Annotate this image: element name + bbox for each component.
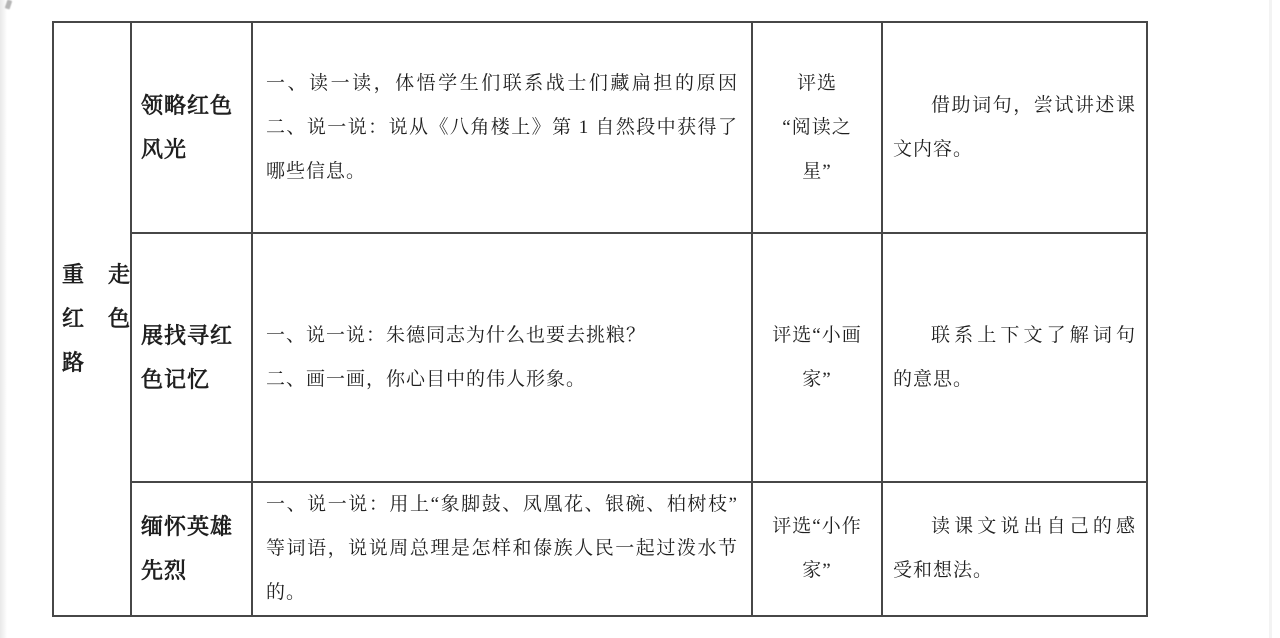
award-line: 星” — [757, 150, 877, 194]
award-cell: 评选“小作 家” — [752, 482, 882, 616]
unit-title-cell: 重 走 红 色 路 — [53, 22, 131, 616]
activity-cell: 一、说一说：朱德同志为什么也要去挑粮？ 二、画一画，你心目中的伟人形象。 — [252, 233, 752, 482]
stage-line: 展找寻红 — [141, 314, 251, 358]
activity-line: 哪些信息。 — [266, 150, 738, 194]
activity-cell: 一、读一读，体悟学生们联系战士们藏扁担的原因 二、说一说：说从《八角楼上》第 1… — [252, 22, 752, 233]
stage-cell: 缅怀英雄 先烈 — [131, 482, 252, 616]
scan-edge-left — [0, 0, 7, 638]
goal-line: 读课文说出自己的感 — [893, 505, 1136, 549]
goal-line: 的意思。 — [893, 358, 1136, 402]
stage-line: 色记忆 — [141, 358, 251, 402]
unit-title-line: 红 色 — [62, 297, 130, 341]
goal-line: 文内容。 — [893, 128, 1136, 172]
activity-line: 等词语，说说周总理是怎样和傣族人民一起过泼水节 — [266, 527, 738, 571]
activity-line: 二、画一画，你心目中的伟人形象。 — [266, 358, 738, 402]
stage-line: 缅怀英雄 — [141, 505, 251, 549]
award-line: 家” — [757, 549, 877, 593]
award-line: 家” — [757, 358, 877, 402]
table-row: 重 走 红 色 路 领略红色 风光 一、读一读，体悟学生们联系战士们藏扁担的原因… — [53, 22, 1147, 233]
unit-title-line: 重 走 — [62, 253, 130, 297]
table-row: 缅怀英雄 先烈 一、说一说：用上“象脚鼓、凤凰花、银碗、柏树枝” 等词语，说说周… — [53, 482, 1147, 616]
lesson-unit-table: 重 走 红 色 路 领略红色 风光 一、读一读，体悟学生们联系战士们藏扁担的原因… — [52, 21, 1148, 617]
award-line: 评选“小作 — [757, 505, 877, 549]
activity-cell: 一、说一说：用上“象脚鼓、凤凰花、银碗、柏树枝” 等词语，说说周总理是怎样和傣族… — [252, 482, 752, 616]
activity-line: 一、说一说：用上“象脚鼓、凤凰花、银碗、柏树枝” — [266, 483, 738, 527]
goal-line: 联系上下文了解词句 — [893, 314, 1136, 358]
activity-line: 一、说一说：朱德同志为什么也要去挑粮？ — [266, 314, 738, 358]
award-cell: 评选 “阅读之 星” — [752, 22, 882, 233]
stage-line: 风光 — [141, 128, 251, 172]
activity-line: 一、读一读，体悟学生们联系战士们藏扁担的原因 — [266, 62, 738, 106]
award-cell: 评选“小画 家” — [752, 233, 882, 482]
goal-cell: 借助词句，尝试讲述课 文内容。 — [882, 22, 1147, 233]
award-line: 评选“小画 — [757, 314, 877, 358]
award-line: “阅读之 — [757, 106, 877, 150]
activity-line: 二、说一说：说从《八角楼上》第 1 自然段中获得了 — [266, 106, 738, 150]
goal-line: 借助词句，尝试讲述课 — [893, 84, 1136, 128]
table-row: 展找寻红 色记忆 一、说一说：朱德同志为什么也要去挑粮？ 二、画一画，你心目中的… — [53, 233, 1147, 482]
goal-cell: 读课文说出自己的感 受和想法。 — [882, 482, 1147, 616]
stage-cell: 领略红色 风光 — [131, 22, 252, 233]
goal-cell: 联系上下文了解词句 的意思。 — [882, 233, 1147, 482]
scan-edge-right — [1269, 0, 1272, 638]
award-line: 评选 — [757, 62, 877, 106]
scan-smudge — [5, 0, 13, 10]
document-page: 重 走 红 色 路 领略红色 风光 一、读一读，体悟学生们联系战士们藏扁担的原因… — [0, 0, 1280, 638]
activity-line: 的。 — [266, 571, 738, 615]
stage-line: 先烈 — [141, 549, 251, 593]
stage-cell: 展找寻红 色记忆 — [131, 233, 252, 482]
stage-line: 领略红色 — [141, 84, 251, 128]
unit-title-line: 路 — [62, 341, 130, 385]
goal-line: 受和想法。 — [893, 549, 1136, 593]
